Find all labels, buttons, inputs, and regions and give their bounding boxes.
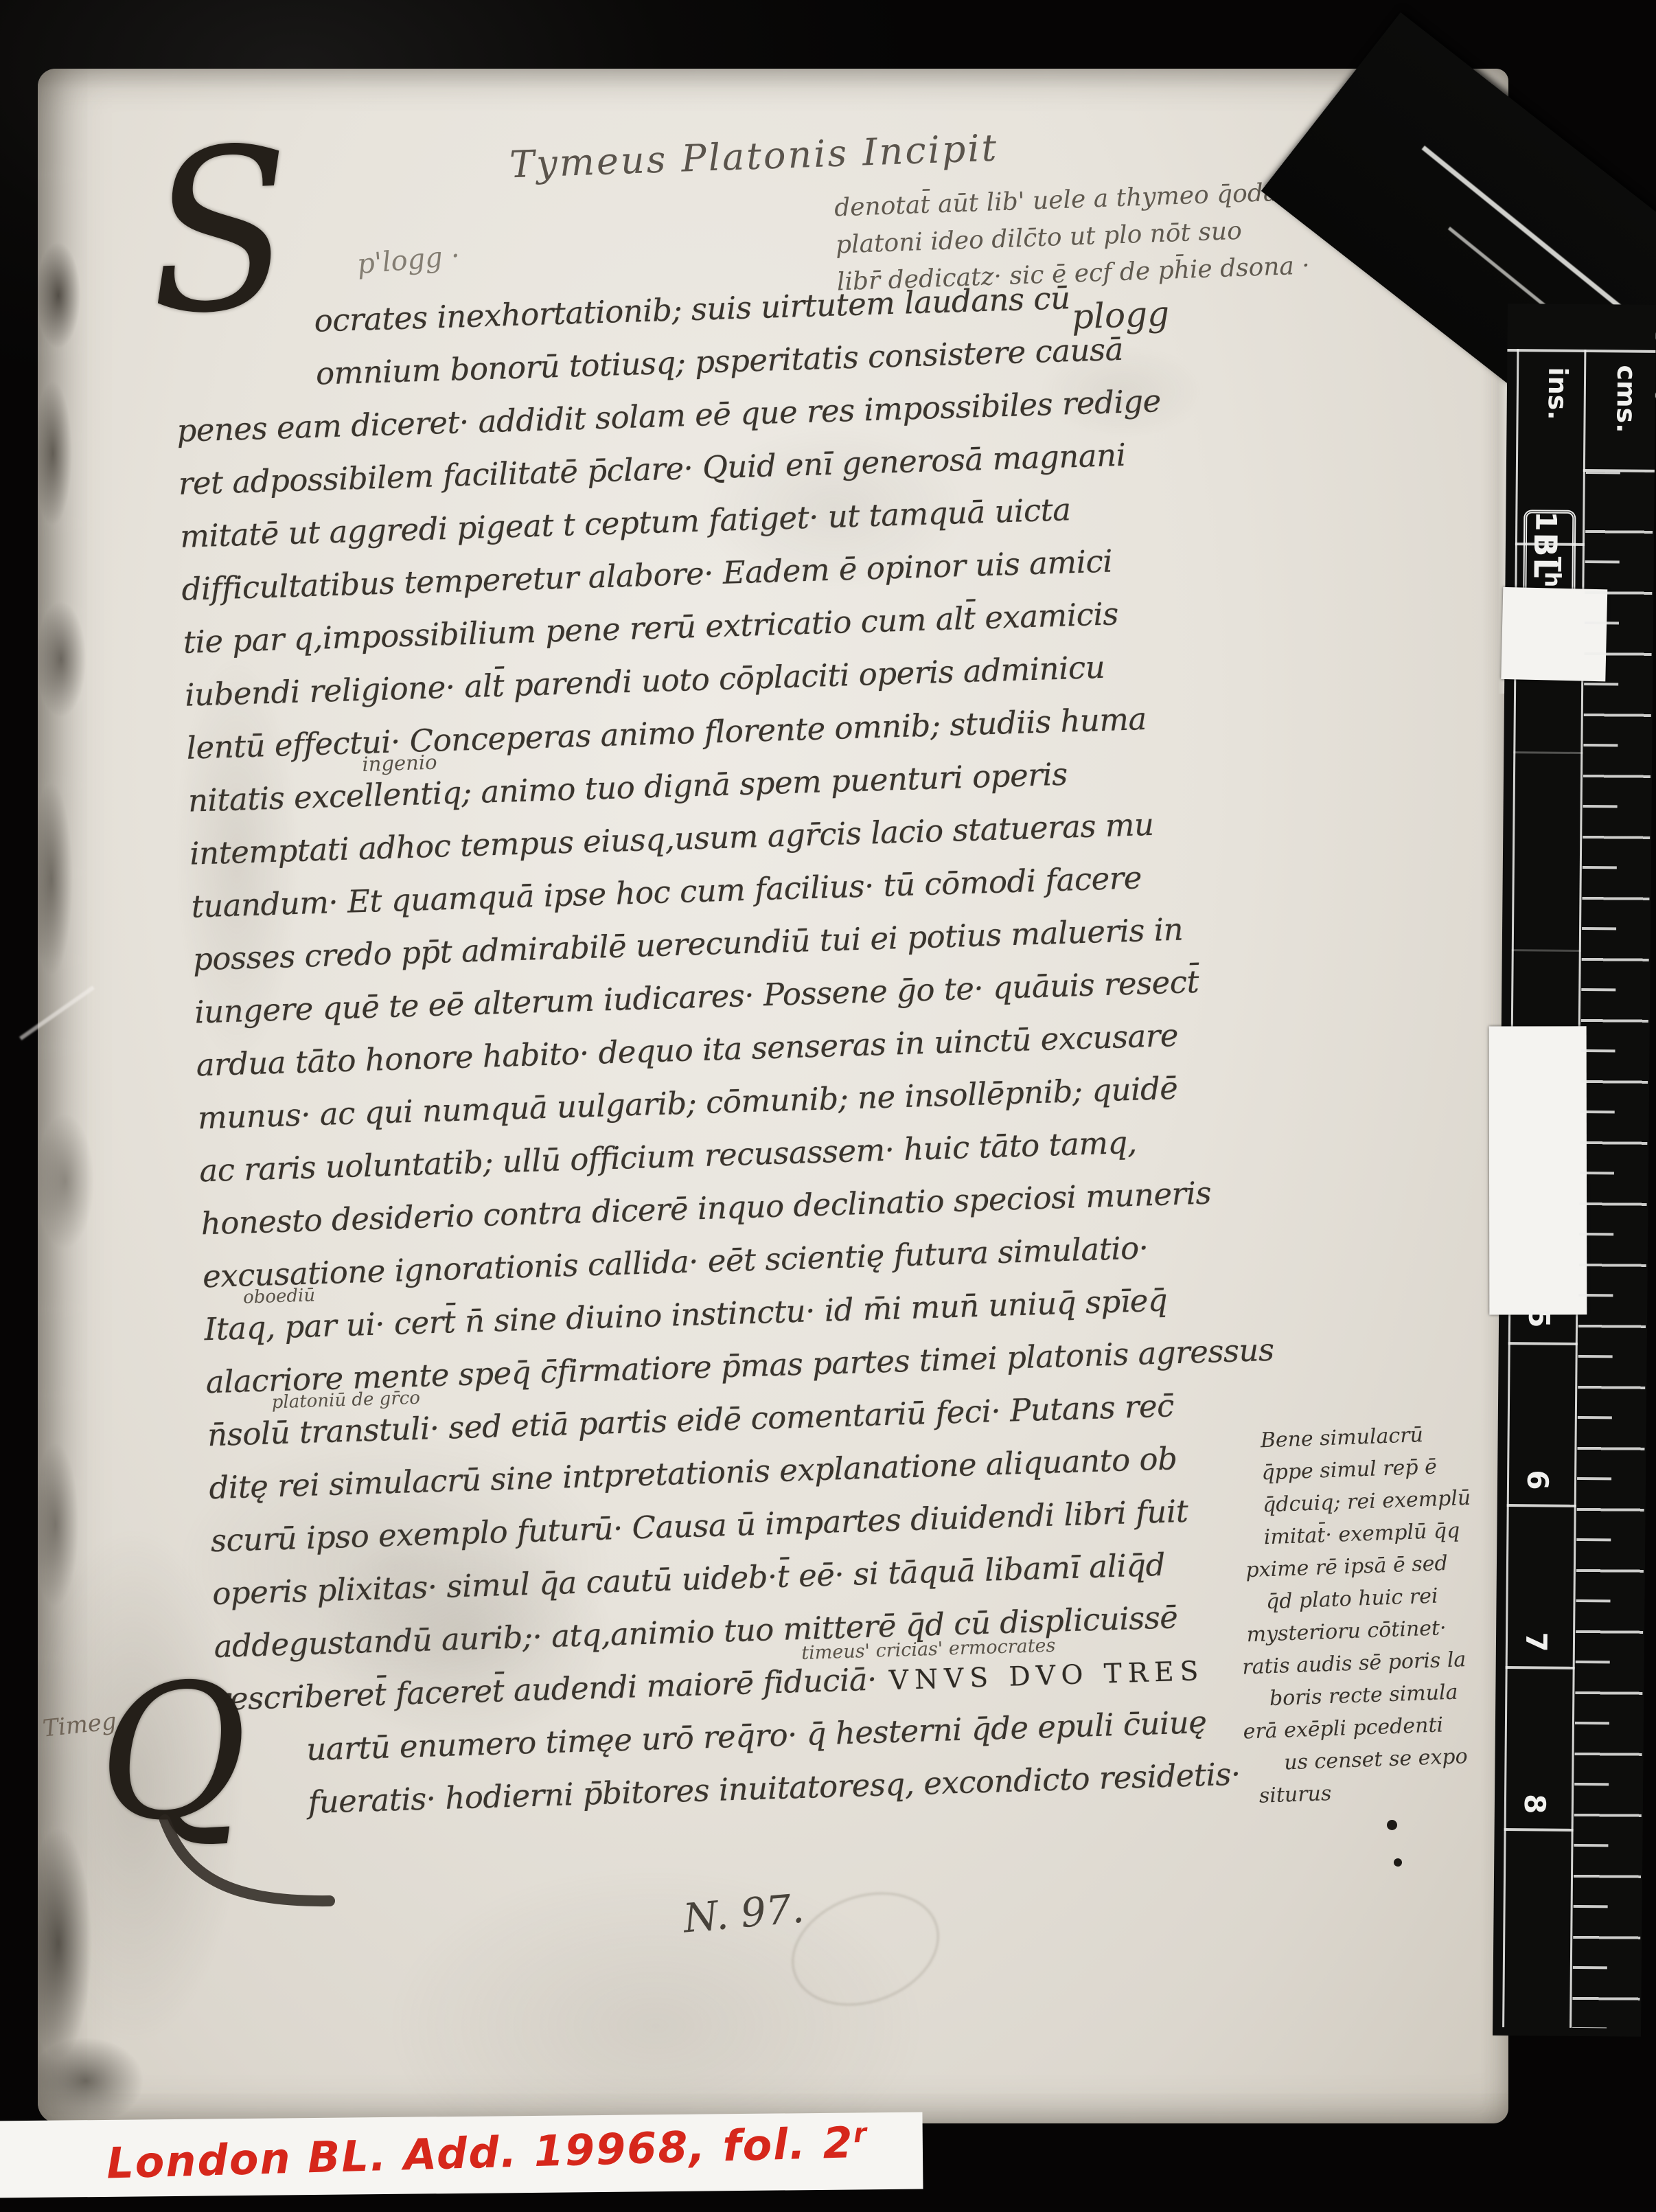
white-sticker <box>1489 1026 1587 1314</box>
ruler-number: 7 <box>1519 1632 1553 1652</box>
rustic-capitals: VNVS DVO TRES <box>876 1656 1205 1697</box>
caption-superscript: r <box>853 2118 869 2149</box>
ink-dot <box>1394 1858 1402 1867</box>
ruler-unit-cms: cms. <box>1611 365 1642 433</box>
ruler-number: 6 <box>1521 1470 1554 1490</box>
photo-ruler: ins. cms. BL 1 The 5 6 7 8 <box>1493 304 1656 2037</box>
ruler-line <box>1507 349 1655 353</box>
interlinear-gloss: ingenio <box>362 751 437 776</box>
ruler-number: 5 <box>1522 1308 1556 1328</box>
manuscript-photo: Tymeus Platonis Incipit p'logg · denotat… <box>0 0 1656 2212</box>
ruler-number: 1 <box>1529 511 1563 532</box>
ink-dot <box>1387 1820 1397 1830</box>
ruler-unit-ins: ins. <box>1543 367 1574 420</box>
ruler-number: 8 <box>1518 1794 1552 1814</box>
margin-right-note: Bene simulacrū q̄ppe simul rep̄ ē q̄dcui… <box>1260 1422 1480 1816</box>
interlinear-gloss: oboediū <box>243 1285 316 1308</box>
initial-q-tail <box>124 1813 371 1923</box>
ruler-line <box>1512 949 1581 952</box>
ruler-line <box>1506 1666 1575 1669</box>
ruler-line <box>1504 1828 1574 1832</box>
ruler-line <box>1513 751 1583 754</box>
ruler-line <box>1507 1504 1576 1507</box>
ruler-line <box>1508 1342 1578 1345</box>
main-text-block: ocrates inexhortationib; suis uirtutem l… <box>173 273 1345 1840</box>
